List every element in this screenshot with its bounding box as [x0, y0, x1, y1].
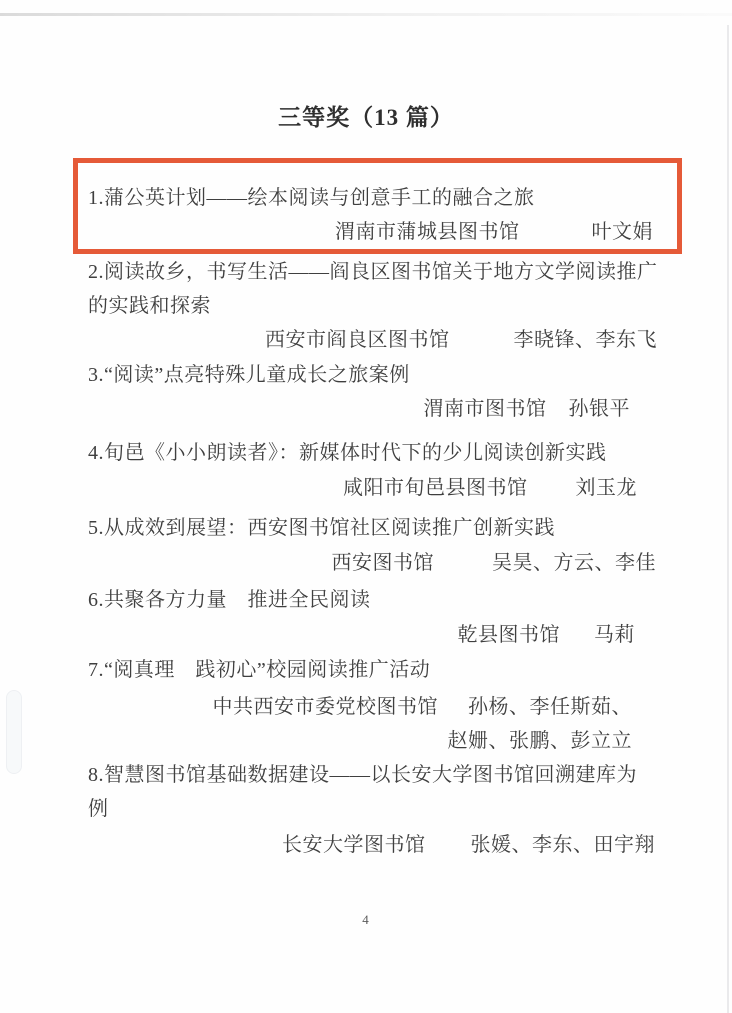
item-org: 乾县图书馆: [458, 618, 561, 652]
item-org: 咸阳市旬邑县图书馆: [343, 471, 528, 505]
item-authors: 赵姗、张鹏、彭立立: [448, 724, 633, 758]
item-attribution: 渭南市蒲城县图书馆 叶文娟: [88, 215, 653, 249]
page-title: 三等奖（13 篇）: [0, 100, 732, 136]
page-edge-shadow: [727, 25, 729, 1013]
item-attribution: 长安大学图书馆 张媛、李东、田宇翔: [88, 828, 655, 862]
item-title-line: 例: [88, 792, 682, 826]
scrollbar-thumb[interactable]: [6, 690, 22, 774]
scan-artifact-top: [0, 13, 732, 16]
item-org: 西安市阎良区图书馆: [265, 323, 450, 357]
item-title-line: 3.“阅读”点亮特殊儿童成长之旅案例: [88, 358, 682, 392]
item-authors: 吴昊、方云、李佳: [492, 546, 656, 580]
item-authors: 马莉: [594, 618, 635, 652]
item-title-line: 6.共聚各方力量 推进全民阅读: [88, 583, 682, 617]
item-org: 中共西安市委党校图书馆: [213, 690, 439, 724]
page-number: 4: [0, 912, 732, 928]
item-attribution: 渭南市图书馆 孙银平: [88, 392, 630, 426]
item-attribution: 西安市阎良区图书馆 李晓锋、李东飞: [88, 323, 657, 357]
item-attribution: 咸阳市旬邑县图书馆 刘玉龙: [88, 471, 637, 505]
item-attribution: 西安图书馆 吴昊、方云、李佳: [88, 546, 656, 580]
item-attribution: 赵姗、张鹏、彭立立: [88, 724, 632, 758]
item-attribution: 中共西安市委党校图书馆 孙杨、李任斯茹、: [88, 690, 632, 724]
item-title-line: 2.阅读故乡，书写生活——阎良区图书馆关于地方文学阅读推广: [88, 255, 682, 289]
item-title-line: 4.旬邑《小小朗读者》：新媒体时代下的少儿阅读创新实践: [88, 436, 682, 470]
item-authors: 孙银平: [569, 392, 631, 426]
item-title-line: 7.“阅真理 践初心”校园阅读推广活动: [88, 653, 682, 687]
item-title-line: 1.蒲公英计划——绘本阅读与创意手工的融合之旅: [88, 181, 682, 215]
item-org: 长安大学图书馆: [282, 828, 426, 862]
item-org: 渭南市蒲城县图书馆: [335, 215, 520, 249]
item-org: 渭南市图书馆: [424, 392, 547, 426]
scanned-document-page: 三等奖（13 篇） 1.蒲公英计划——绘本阅读与创意手工的融合之旅 渭南市蒲城县…: [0, 0, 732, 1013]
item-title-line: 的实践和探索: [88, 289, 682, 323]
item-authors: 叶文娟: [592, 215, 654, 249]
item-authors: 张媛、李东、田宇翔: [471, 828, 656, 862]
item-title-line: 5.从成效到展望：西安图书馆社区阅读推广创新实践: [88, 511, 682, 545]
item-title-line: 8.智慧图书馆基础数据建设——以长安大学图书馆回溯建库为: [88, 758, 682, 792]
item-authors: 刘玉龙: [576, 471, 638, 505]
item-org: 西安图书馆: [332, 546, 435, 580]
item-authors: 李晓锋、李东飞: [514, 323, 658, 357]
item-authors: 孙杨、李任斯茹、: [468, 690, 632, 724]
item-attribution: 乾县图书馆 马莉: [88, 618, 635, 652]
